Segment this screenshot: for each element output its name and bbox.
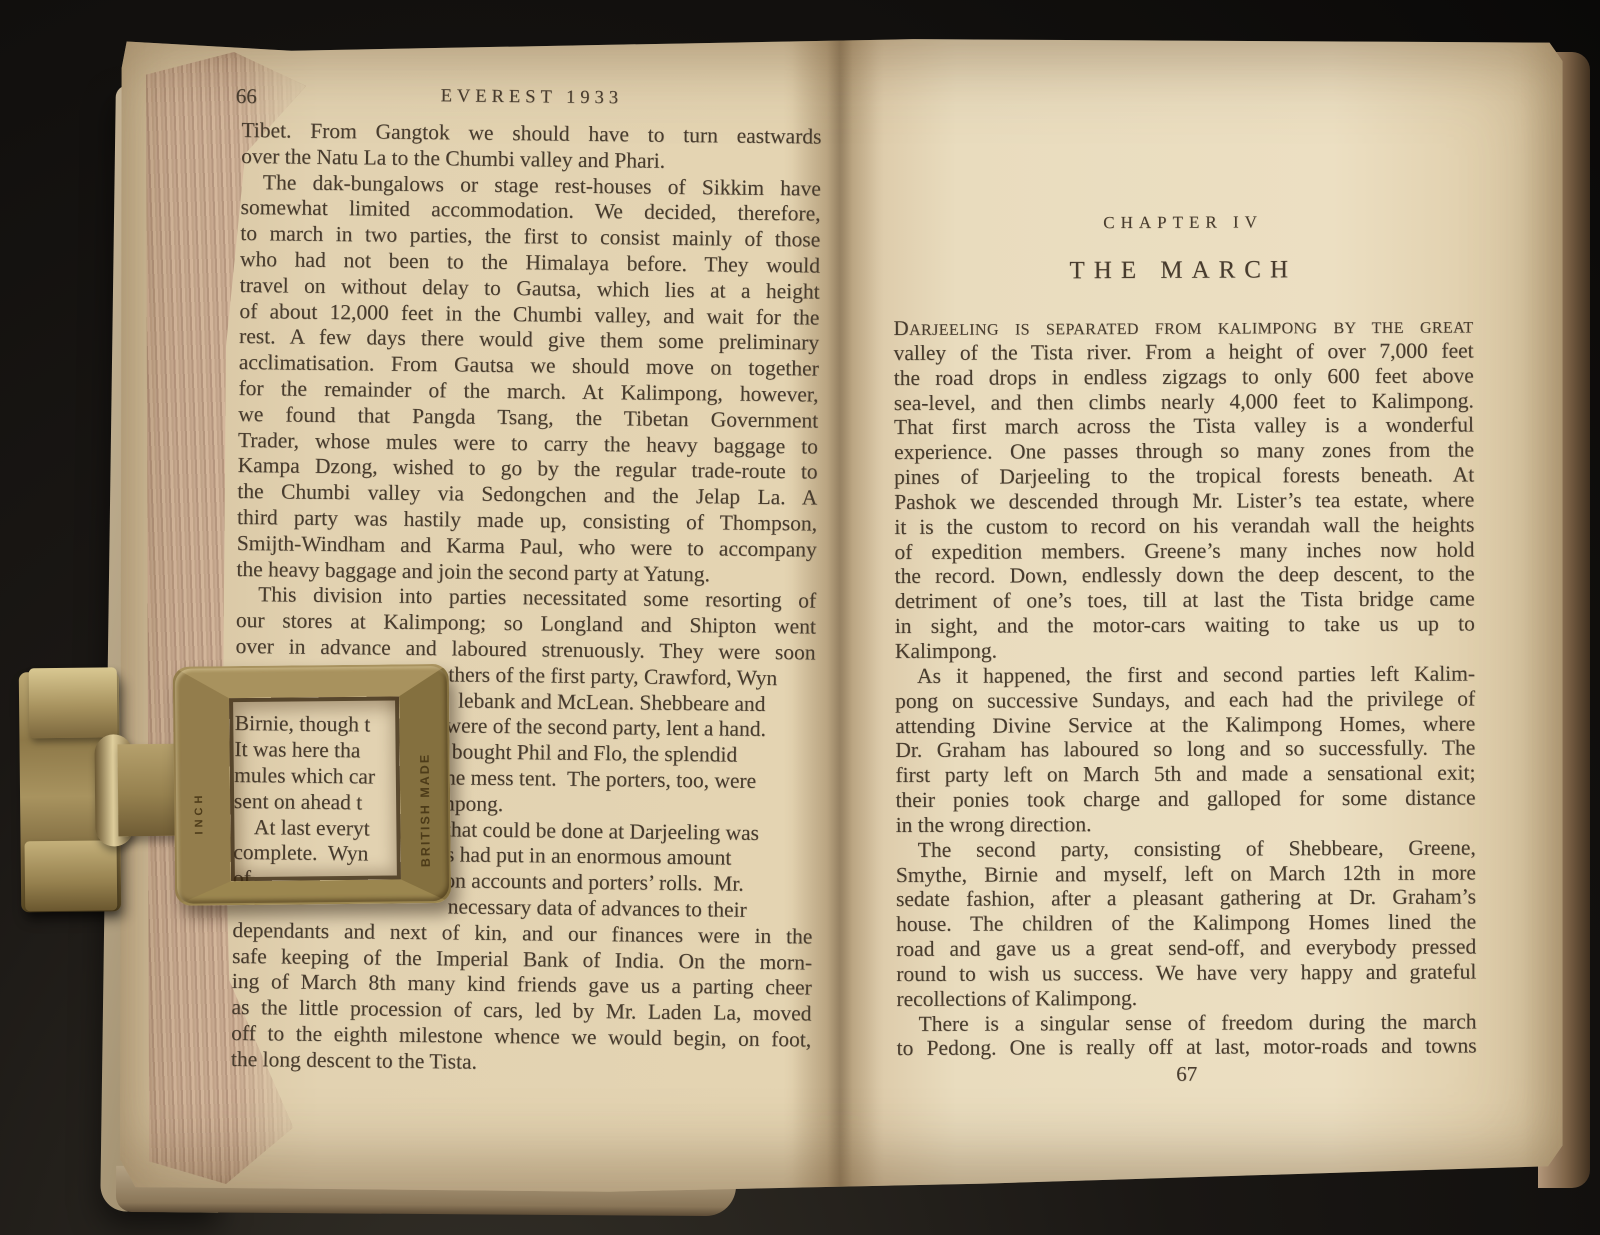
text-line: That first march across the Tista valley…	[894, 413, 1474, 440]
text-line: pong on successive Sundays, and each had…	[895, 686, 1475, 713]
clip-arm	[118, 744, 179, 837]
text-line: experience. One passes through so many z…	[894, 438, 1474, 465]
book-photo: 66 EVEREST 1933 Tibet. From Gangtok we s…	[0, 0, 1600, 1235]
clip-hinge-bottom-knuckle	[25, 840, 118, 911]
brass-page-clip: INCH BRITISH MADE	[16, 643, 479, 938]
page-number-right: 67	[897, 1060, 1477, 1088]
right-text-column: DARJEELING IS SEPARATED FROM KALIMPONG B…	[893, 313, 1476, 1061]
text-line: sea-level, and then climbs nearly 4,000 …	[894, 388, 1474, 415]
text-line: first party left on March 5th and made a…	[895, 761, 1475, 788]
chapter-title: THE MARCH	[893, 255, 1473, 286]
text-line: valley of the Tista river. From a height…	[894, 338, 1474, 365]
text-line: Kalimpong.	[895, 636, 1475, 663]
left-text-column: Tibet. From Gangtok we should have to tu…	[231, 118, 822, 1079]
text-line: in sight, and the motor-cars waiting to …	[895, 612, 1475, 639]
text-line: recollections of Kalimpong.	[896, 984, 1476, 1011]
text-line: of expedition members. Greene’s many inc…	[894, 537, 1474, 564]
text-line: DARJEELING IS SEPARATED FROM KALIMPONG B…	[893, 313, 1473, 340]
text-line: house. The children of the Kalimpong Hom…	[896, 910, 1476, 937]
text-line: it is the custom to record on his verand…	[894, 512, 1474, 539]
text-line: in the wrong direction.	[896, 810, 1476, 837]
text-line: Pashok we descended through Mr. Lister’s…	[894, 487, 1474, 514]
text-line: sedate fashion, after a pleasant gatheri…	[896, 885, 1476, 912]
text-line: Dr. Graham has laboured so long and so s…	[895, 736, 1475, 763]
chapter-heading: CHAPTER IV	[893, 211, 1473, 234]
text-line: round to wish us success. We have very h…	[896, 959, 1476, 986]
text-line: The second party, consisting of Shebbear…	[896, 835, 1476, 862]
text-line: the record. Down, endlessly down the dee…	[895, 562, 1475, 589]
text-line: the road drops in endless zigzags to onl…	[894, 363, 1474, 390]
text-line: As it happened, the first and second par…	[895, 661, 1475, 688]
british-made-label: BRITISH MADE	[401, 705, 449, 915]
text-line: road and gave us a great send-off, and e…	[896, 935, 1476, 962]
text-line: Smythe, Birnie and myself, left on March…	[896, 860, 1476, 887]
text-line: attending Divine Service at the Kalimpon…	[895, 711, 1475, 738]
text-line: their ponies took charge and galloped fo…	[896, 785, 1476, 812]
text-line: pines of Darjeeling to the tropical fore…	[894, 463, 1474, 490]
inch-scale-label: INCH	[178, 745, 221, 880]
clip-hinge-top-knuckle	[29, 667, 118, 738]
text-line: to Pedong. One is really off at last, mo…	[897, 1034, 1477, 1061]
text-line: detriment of one’s toes, till at last th…	[895, 587, 1475, 614]
text-line: There is a singular sense of freedom dur…	[896, 1009, 1476, 1036]
page-number-left: 66	[236, 84, 257, 109]
